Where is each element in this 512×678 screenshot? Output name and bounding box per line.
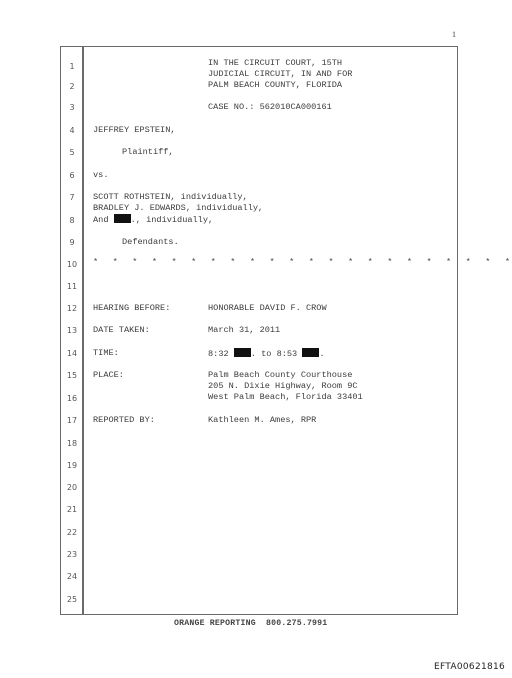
line-number: 20 (61, 483, 83, 492)
footer-reporting-company: ORANGE REPORTING 800.275.7991 (174, 619, 327, 628)
time-label: TIME: (93, 348, 119, 359)
line-number: 22 (61, 528, 83, 537)
date-taken-label: DATE TAKEN: (93, 325, 150, 336)
line-number: 10 (61, 260, 83, 269)
line-number: 9 (61, 238, 83, 247)
hearing-before-value: HONORABLE DAVID F. CROW (208, 303, 327, 314)
line-number: 7 (61, 193, 83, 202)
bates-number: EFTA00621816 (434, 662, 505, 672)
date-taken-value: March 31, 2011 (208, 325, 280, 336)
place-line3: West Palm Beach, Florida 33401 (208, 392, 363, 403)
case-number: CASE NO.: 562010CA000161 (208, 102, 332, 113)
line-number: 11 (61, 282, 83, 291)
redaction-box (302, 348, 319, 357)
court-name-line3: PALM BEACH COUNTY, FLORIDA (208, 80, 342, 91)
defendant-2: BRADLEY J. EDWARDS, individually, (93, 203, 263, 214)
line-number: 21 (61, 505, 83, 514)
time-value: 8:32 . to 8:53 . (208, 348, 325, 360)
time-end: . (319, 349, 324, 359)
page-number: 1 (452, 30, 456, 39)
line-number: 5 (61, 148, 83, 157)
redaction-box (114, 214, 131, 223)
line-number: 19 (61, 461, 83, 470)
line-number: 16 (61, 394, 83, 403)
time-mid: . to 8:53 (251, 349, 303, 359)
redaction-box (234, 348, 251, 357)
defendant-1: SCOTT ROTHSTEIN, individually, (93, 192, 248, 203)
hearing-before-label: HEARING BEFORE: (93, 303, 170, 314)
line-number: 13 (61, 326, 83, 335)
line-number: 4 (61, 126, 83, 135)
line-number: 6 (61, 171, 83, 180)
defendants-label: Defendants. (122, 237, 179, 248)
plaintiff-name: JEFFREY EPSTEIN, (93, 125, 176, 136)
court-name-line2: JUDICIAL CIRCUIT, IN AND FOR (208, 69, 352, 80)
plaintiff-label: Plaintiff, (122, 147, 174, 158)
defendant-3-suffix: ., individually, (131, 215, 214, 225)
line-number: 14 (61, 349, 83, 358)
place-label: PLACE: (93, 370, 124, 381)
defendant-3-prefix: And (93, 215, 114, 225)
court-name-line1: IN THE CIRCUIT COURT, 15TH (208, 58, 342, 69)
place-line1: Palm Beach County Courthouse (208, 370, 352, 381)
line-number: 1 (61, 62, 83, 71)
time-start: 8:32 (208, 349, 234, 359)
line-number: 2 (61, 82, 83, 91)
reported-by-label: REPORTED BY: (93, 415, 155, 426)
line-number: 15 (61, 371, 83, 380)
place-line2: 205 N. Dixie Highway, Room 9C (208, 381, 358, 392)
line-number: 24 (61, 572, 83, 581)
line-number: 3 (61, 103, 83, 112)
defendant-3: And ., individually, (93, 214, 213, 226)
line-number: 8 (61, 216, 83, 225)
versus-text: vs. (93, 170, 108, 181)
line-number: 25 (61, 595, 83, 604)
separator-asterisks: * * * * * * * * * * * * * * * * * * * * … (93, 257, 512, 267)
reported-by-value: Kathleen M. Ames, RPR (208, 415, 316, 426)
line-number: 18 (61, 439, 83, 448)
line-number: 23 (61, 550, 83, 559)
line-number: 12 (61, 304, 83, 313)
line-number: 17 (61, 416, 83, 425)
